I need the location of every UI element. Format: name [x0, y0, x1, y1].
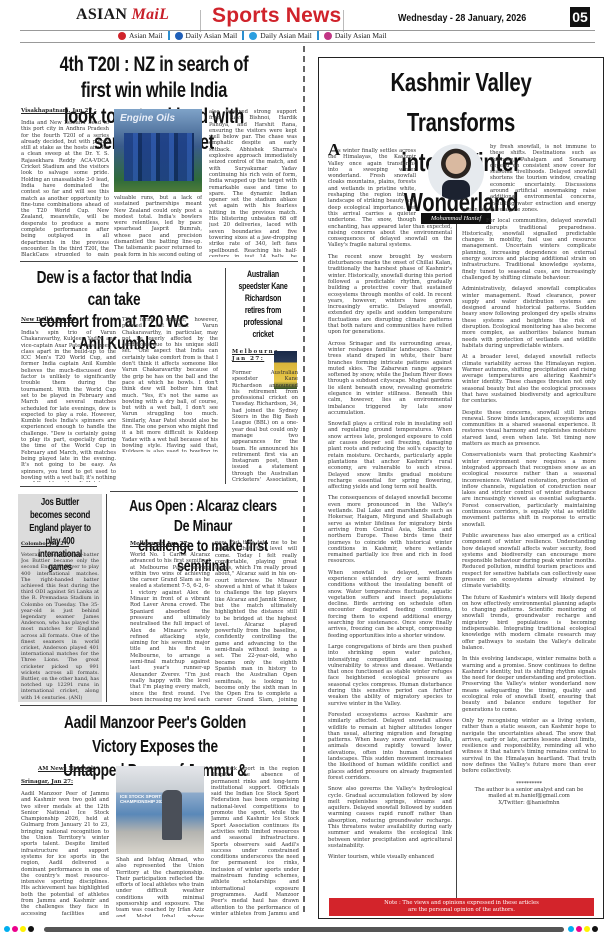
kumble-col2: The former spinner, however, pointed out…: [122, 317, 218, 452]
kashmir-col1-para: Forested ecosystems across Kashmir are s…: [328, 712, 452, 781]
buttler-dateline: Colombo, Jan 27:: [21, 541, 69, 547]
t20i-col1: India and New Zealand head to this port …: [21, 120, 109, 256]
youtube-icon: [118, 32, 126, 40]
athlete-figure: [162, 790, 182, 840]
kashmir-col2-para: Public awareness has also emerged as a c…: [462, 533, 596, 590]
magenta-dot: [576, 926, 582, 932]
aadil-dateline: Srinagar, Jan 27:: [21, 779, 73, 785]
kashmir-col1-para: When snowfall is delayed, wetlands exper…: [328, 570, 452, 639]
t20i-col3: also received strong support from Ravi B…: [209, 109, 297, 257]
disclaimer-box: Note : The views and opinions expressed …: [329, 898, 594, 916]
t20i-col2: valuable runs, but a lack of sustained p…: [114, 195, 202, 257]
yellow-dot: [584, 926, 590, 932]
alcaraz-col1: World No. 1 Carlos Alcaraz advanced to h…: [130, 552, 210, 702]
aadil-col3: ice stock sport in the region despite th…: [211, 766, 299, 916]
logo-mail: MaiL: [132, 6, 170, 23]
kashmir-col1-para: Winter tourism, while visually enhanced: [328, 854, 452, 860]
kashmir-col2-para: Conservationists warn that protecting Ka…: [462, 452, 596, 528]
column-rule: [456, 224, 457, 904]
color-registration-right: [568, 926, 598, 932]
kashmir-col1-para: Snow also governs the Valley's hydrologi…: [328, 786, 452, 849]
alcaraz-dateline: Melbourne, Jan 27:: [130, 541, 189, 547]
facebook-icon: [175, 32, 183, 40]
author-twitter: X/Twitter: @haniefmhn: [462, 800, 596, 806]
kashmir-col2-para: Only by recognising winter as a living s…: [462, 718, 596, 775]
social-divider: [168, 31, 170, 40]
black-dot: [28, 926, 34, 932]
richardson-body: Former Australian speedster Kane Richard…: [232, 370, 298, 482]
alcaraz-col2: now. But they told me to be patient, tha…: [215, 540, 297, 703]
twitter-icon: [249, 32, 257, 40]
aadil-col1: Aadil Manzoor Peer of Jammu and Kashmir …: [21, 791, 109, 916]
section-rule: [20, 486, 97, 487]
aadil-col2: Shah and Ishfaq Ahmad, who also represen…: [116, 857, 204, 917]
section-rule: [20, 705, 298, 706]
kashmir-col1-para: Snowfall plays a critical role in insula…: [328, 421, 452, 490]
photo-ad-text: Engine Oils: [120, 113, 175, 124]
kumble-dateline: New Delhi, Jan 27:: [21, 317, 78, 323]
kashmir-col1-para: The consequences of delayed snowfall bec…: [328, 495, 452, 564]
aadil-byline: AM News Network: [38, 766, 95, 772]
cyan-dot: [4, 926, 10, 932]
color-registration-left: [4, 926, 34, 932]
kashmir-col2-para: At a broader level, delayed snowfall ref…: [462, 354, 596, 404]
column-rule: [225, 268, 226, 484]
yellow-dot: [20, 926, 26, 932]
kashmir-col2-para: Administratively, delayed snowfall compl…: [462, 286, 596, 349]
kashmir-col2-para: The future of Kashmir's winters will lik…: [462, 595, 596, 652]
kashmir-col2-para: Despite these concerns, snowfall still b…: [462, 410, 596, 448]
page-number: 05: [570, 7, 590, 27]
float-spacer: [462, 218, 486, 228]
masthead-logo: ASIAN MaiL: [76, 6, 169, 24]
players-figure: [124, 133, 194, 181]
header-divider: [343, 10, 344, 32]
kumble-col1: India's spin trio of Varun Chakaravarthy…: [21, 330, 116, 482]
section-title: Sports News: [212, 4, 341, 28]
float-spacer: [462, 144, 490, 206]
social-twitter-label[interactable]: Daily Asian Mail: [260, 31, 312, 40]
social-links: Asian Mail Daily Asian Mail Daily Asian …: [118, 31, 387, 40]
richardson-headline: Australian speedster Kane Richardson ret…: [234, 268, 292, 340]
registration-bar: [44, 927, 564, 932]
social-instagram-label[interactable]: Daily Asian Mail: [335, 31, 387, 40]
kashmir-col2-para: In this evolving landscape, winter remai…: [462, 656, 596, 713]
section-rule: [20, 261, 298, 262]
kashmir-col1-para: Across Srinagar and its surrounding area…: [328, 341, 452, 417]
kashmir-col1-para: Large congregations of birds are then pu…: [328, 644, 452, 707]
header-rule: [20, 42, 595, 43]
t20i-photo: Engine Oils: [114, 109, 202, 192]
float-spacer: [416, 148, 452, 220]
column-rule: [106, 494, 107, 702]
cyan-dot: [568, 926, 574, 932]
kashmir-col2: by fresh snowfall, is not immune to thes…: [462, 144, 596, 894]
header-divider: [200, 10, 201, 32]
buttler-body: Veteran wicketkeeper-batter Jos Buttler …: [21, 552, 99, 700]
kashmir-col1-para: The recent snow brought by western distu…: [328, 254, 452, 336]
magenta-dot: [12, 926, 18, 932]
aadil-photo: ICE STOCK SPORT CHAMPIONSHIP 2026: [116, 766, 204, 854]
kashmir-col1: s winter finally settles across the Hima…: [328, 148, 452, 902]
social-divider: [317, 31, 319, 40]
social-divider: [242, 31, 244, 40]
section-rule: [110, 491, 298, 492]
social-facebook-label[interactable]: Daily Asian Mail: [186, 31, 238, 40]
issue-date: Wednesday - 28 January, 2026: [398, 12, 526, 24]
instagram-icon: [324, 32, 332, 40]
black-dot: [592, 926, 598, 932]
social-youtube-label[interactable]: Asian Mail: [129, 31, 163, 40]
logo-asian: ASIAN: [76, 6, 127, 23]
page-divider: [303, 46, 305, 916]
t20i-dateline: Visakhapatnam, Jan 27 :: [21, 108, 96, 114]
